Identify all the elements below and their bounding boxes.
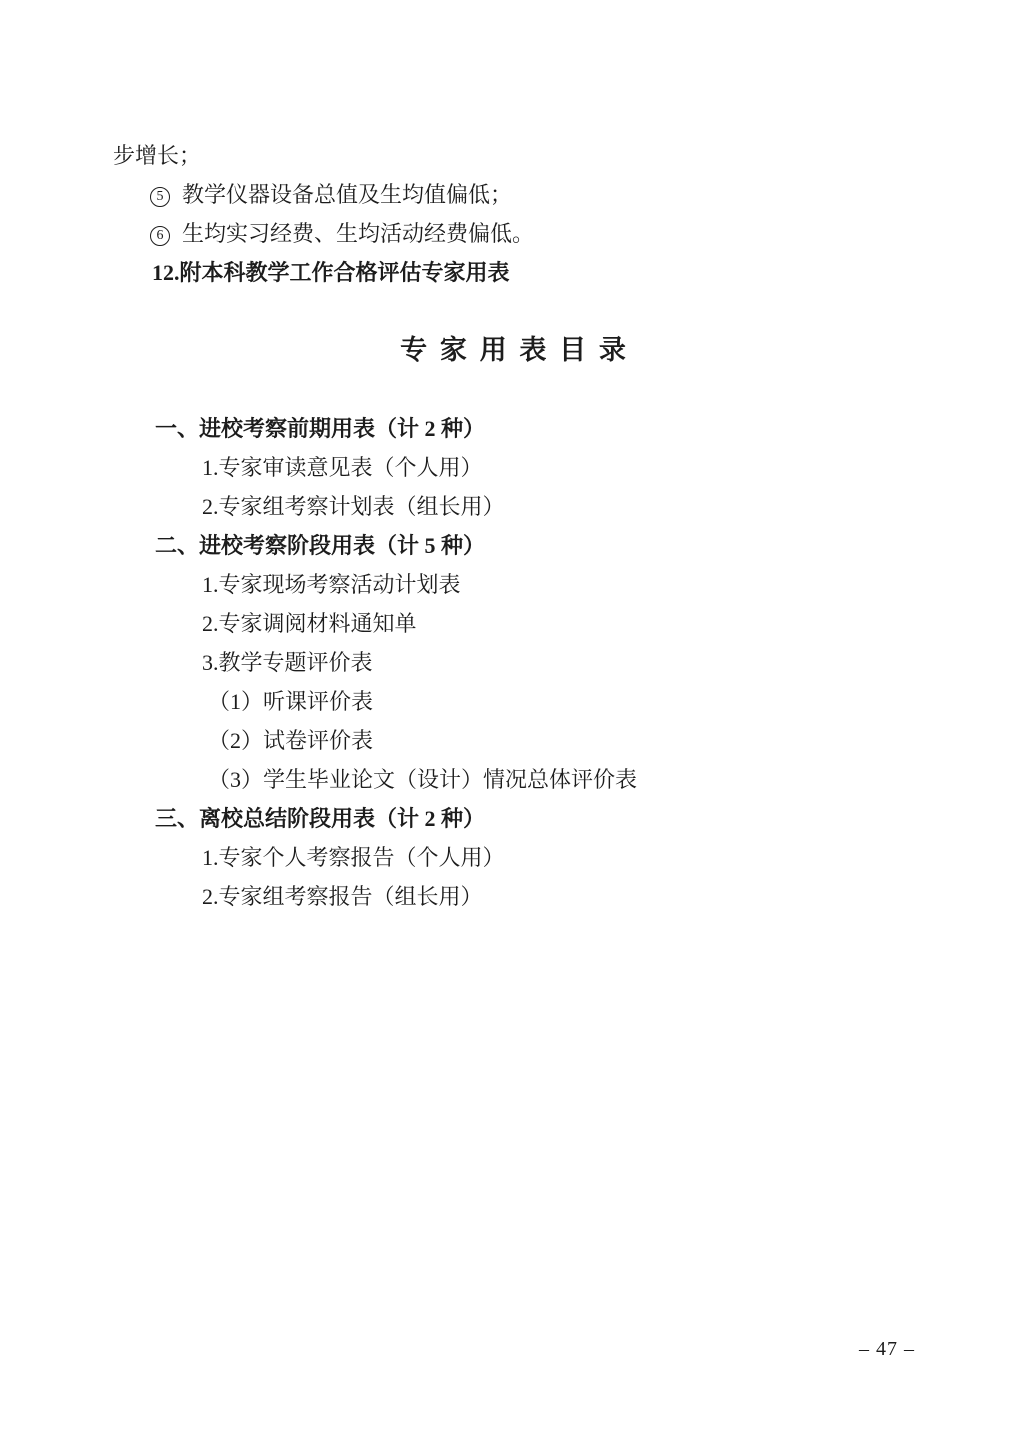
toc-subitem: （1）听课评价表 [113,682,916,721]
toc-item: 2.专家组考察计划表（组长用） [113,487,916,526]
page-number: – 47 – [859,1338,915,1361]
attachment-heading: 12.附本科教学工作合格评估专家用表 [113,253,916,292]
note-item-6: 6生均实习经费、生均活动经费偏低。 [113,214,916,253]
toc-item: 2.专家组考察报告（组长用） [113,877,916,916]
toc-item: 3.教学专题评价表 [113,643,916,682]
circled-number-6-icon: 6 [150,226,170,246]
toc-item: 1.专家现场考察活动计划表 [113,565,916,604]
toc-section-heading-1: 一、进校考察前期用表（计 2 种） [113,409,916,448]
document-page: 步增长； 5教学仪器设备总值及生均值偏低； 6生均实习经费、生均活动经费偏低。 … [0,0,1024,1447]
catalog-title: 专 家 用 表 目 录 [113,330,916,370]
page-content: 步增长； 5教学仪器设备总值及生均值偏低； 6生均实习经费、生均活动经费偏低。 … [113,136,916,916]
toc-item: 1.专家审读意见表（个人用） [113,448,916,487]
paragraph-continuation: 步增长； [113,136,916,175]
toc-section-heading-3: 三、离校总结阶段用表（计 2 种） [113,799,916,838]
note-text-6: 生均实习经费、生均活动经费偏低。 [182,221,534,246]
toc-section-heading-2: 二、进校考察阶段用表（计 5 种） [113,526,916,565]
toc-subitem: （3）学生毕业论文（设计）情况总体评价表 [113,760,916,799]
note-item-5: 5教学仪器设备总值及生均值偏低； [113,175,916,214]
toc-item: 1.专家个人考察报告（个人用） [113,838,916,877]
note-text-5: 教学仪器设备总值及生均值偏低； [182,182,512,207]
toc-item: 2.专家调阅材料通知单 [113,604,916,643]
toc-subitem: （2）试卷评价表 [113,721,916,760]
circled-number-5-icon: 5 [150,187,170,207]
